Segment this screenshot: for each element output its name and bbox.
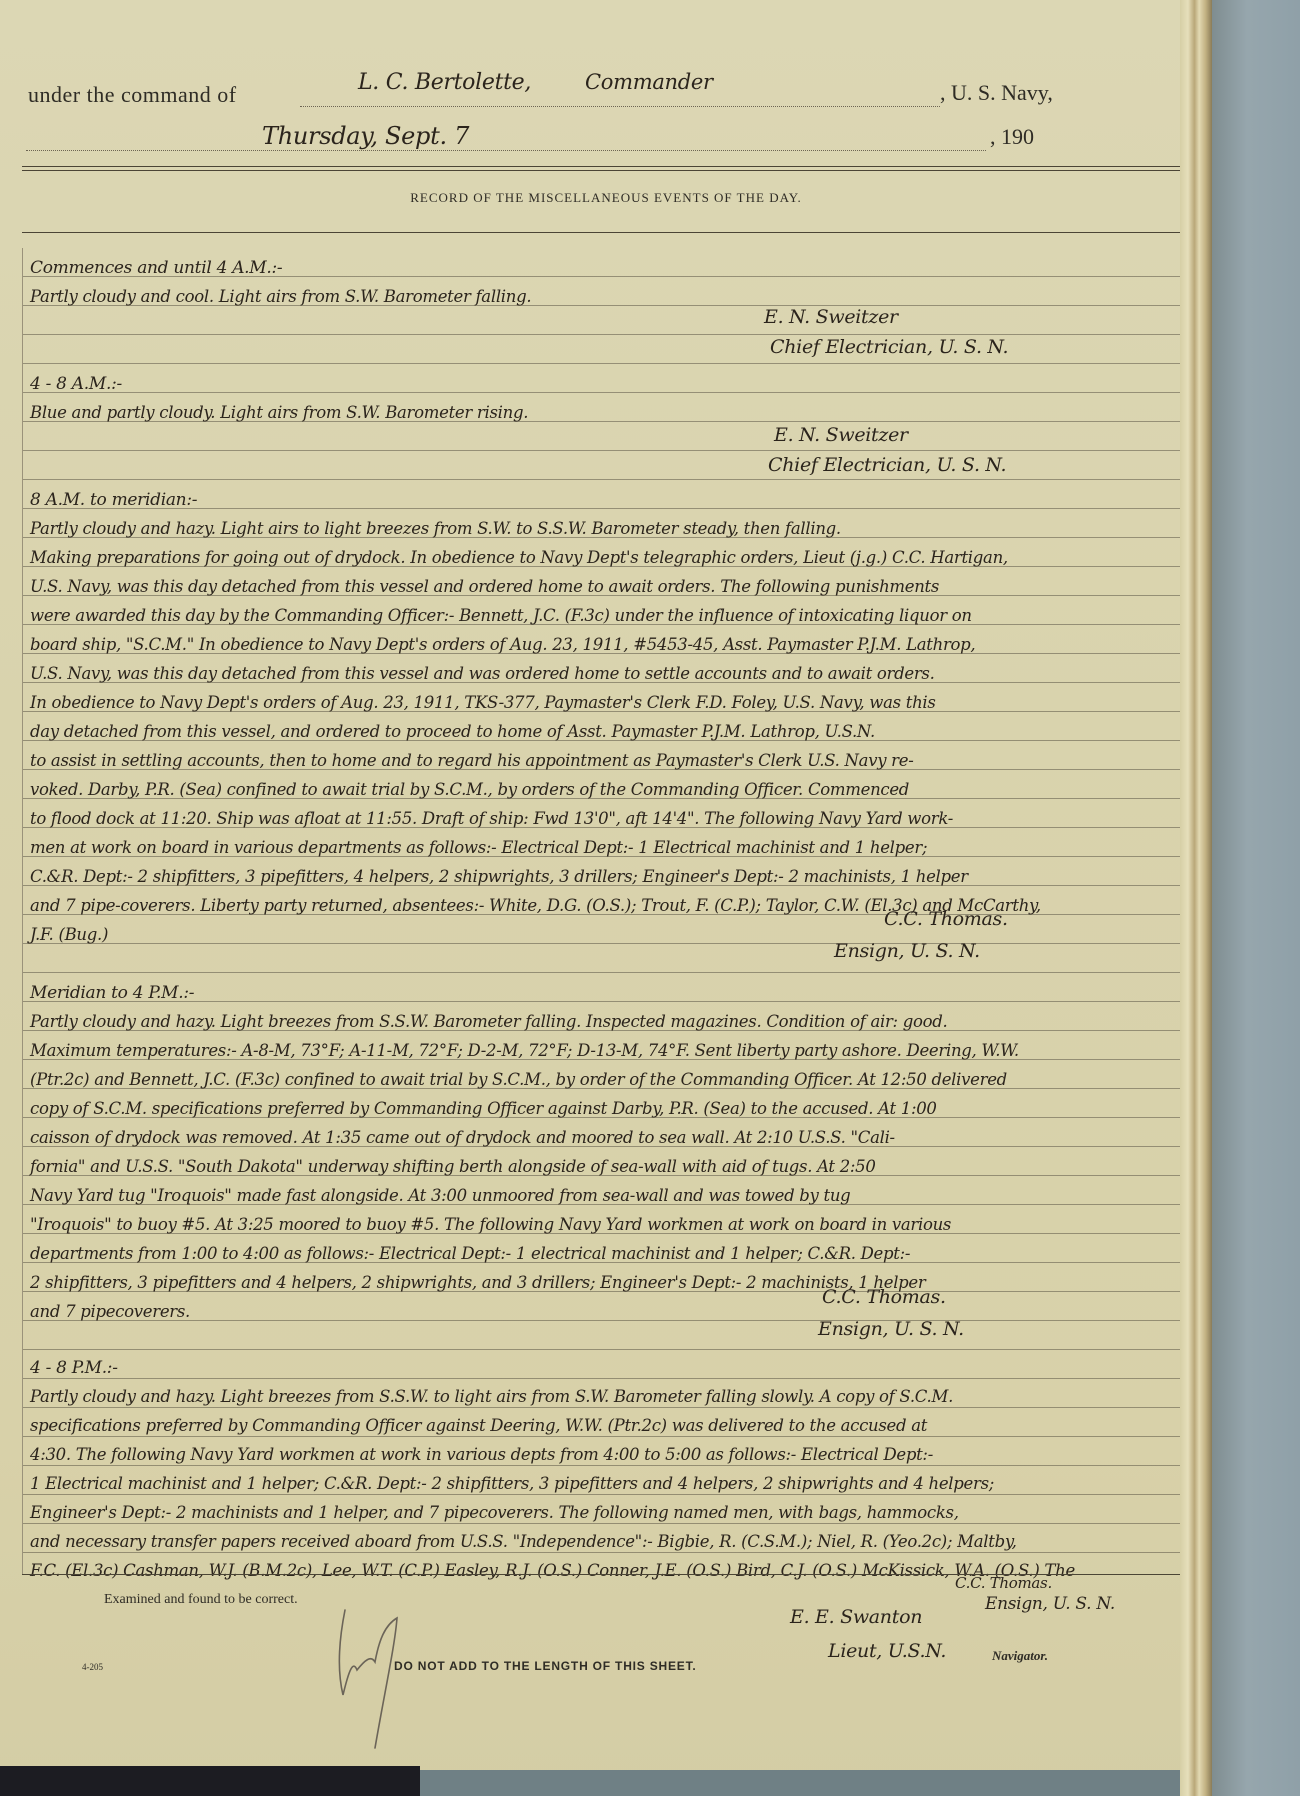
navigator-rank: Lieut, U.S.N.: [828, 1640, 946, 1662]
command-prefix: under the command of: [28, 82, 237, 108]
entry-line: specifications preferred by Commanding O…: [30, 1416, 927, 1435]
navigator-signature: E. E. Swanton: [790, 1606, 922, 1628]
logbook-page: under the command of L. C. Bertolette, C…: [0, 0, 1212, 1796]
entry-line: 2 shipfitters, 3 pipefitters and 4 helpe…: [30, 1273, 926, 1292]
entry-line: U.S. Navy, was this day detached from th…: [30, 577, 939, 596]
entry-line: Making preparations for going out of dry…: [30, 548, 1008, 567]
section-title: RECORD OF THE MISCELLANEOUS EVENTS OF TH…: [0, 190, 1212, 206]
entry-line: departments from 1:00 to 4:00 as follows…: [30, 1244, 910, 1263]
form-number: 4-205: [82, 1662, 103, 1672]
entry-line: Partly cloudy and hazy. Light breezes fr…: [30, 1012, 948, 1031]
signature-name: E. N. Sweitzer: [774, 424, 908, 446]
commander-rank: Commander: [585, 70, 713, 94]
entry-line: 1 Electrical machinist and 1 helper; C.&…: [30, 1474, 994, 1493]
page-edge: [1180, 0, 1212, 1796]
date-fill-line: [26, 150, 986, 151]
year-suffix: , 190: [990, 124, 1034, 150]
entry-line: caisson of drydock was removed. At 1:35 …: [30, 1128, 895, 1147]
entry-line: were awarded this day by the Commanding …: [30, 606, 972, 625]
signature-name: C.C. Thomas.: [822, 1286, 946, 1308]
entry-line: to flood dock at 11:20. Ship was afloat …: [30, 809, 953, 828]
examined-statement: Examined and found to be correct.: [104, 1592, 298, 1608]
entry-line: Navy Yard tug "Iroquois" made fast along…: [30, 1186, 850, 1205]
watch-heading: Commences and until 4 A.M.:-: [30, 258, 282, 278]
scan-background-strip: [420, 1770, 1212, 1796]
entry-line: to assist in settling accounts, then to …: [30, 751, 914, 770]
commander-initials-signature: [335, 1600, 425, 1750]
signature-name: E. N. Sweitzer: [764, 306, 898, 328]
log-date: Thursday, Sept. 7: [262, 122, 469, 150]
entry-line: men at work on board in various departme…: [30, 838, 927, 857]
navigator-title: Navigator.: [992, 1648, 1048, 1664]
watch-heading: 8 A.M. to meridian:-: [30, 490, 197, 510]
entry-line: voked. Darby, P.R. (Sea) confined to awa…: [30, 780, 909, 799]
signature-title: Chief Electrician, U. S. N.: [770, 336, 1008, 358]
entry-line: F.C. (El.3c) Cashman, W.J. (B.M.2c), Lee…: [30, 1561, 1075, 1580]
entry-line: Blue and partly cloudy. Light airs from …: [30, 403, 528, 422]
watch-heading: Meridian to 4 P.M.:-: [30, 983, 194, 1003]
entry-line: and 7 pipecoverers.: [30, 1302, 190, 1321]
header-divider: [22, 166, 1182, 171]
entry-line: board ship, "S.C.M." In obedience to Nav…: [30, 635, 975, 654]
entry-line: day detached from this vessel, and order…: [30, 722, 875, 741]
entry-line: fornia" and U.S.S. "South Dakota" underw…: [30, 1157, 876, 1176]
entry-line: 4:30. The following Navy Yard workmen at…: [30, 1445, 933, 1464]
commander-fill-line: [300, 106, 940, 107]
signature-title: Ensign, U. S. N.: [985, 1594, 1115, 1614]
watch-heading: 4 - 8 P.M.:-: [30, 1358, 118, 1378]
watch-heading: 4 - 8 A.M.:-: [30, 374, 122, 394]
entry-line: Engineer's Dept:- 2 machinists and 1 hel…: [30, 1503, 959, 1522]
entry-line: Partly cloudy and hazy. Light airs to li…: [30, 519, 841, 538]
entry-line: and necessary transfer papers received a…: [30, 1532, 1017, 1551]
commander-name: L. C. Bertolette,: [358, 70, 531, 95]
entry-line: U.S. Navy, was this day detached from th…: [30, 664, 935, 683]
length-notice: DO NOT ADD TO THE LENGTH OF THIS SHEET.: [394, 1659, 697, 1673]
entry-line: C.&R. Dept:- 2 shipfitters, 3 pipefitter…: [30, 867, 968, 886]
signature-name: C.C. Thomas.: [955, 1574, 1052, 1592]
section-divider: [22, 232, 1182, 233]
entry-line: Partly cloudy and hazy. Light breezes fr…: [30, 1387, 953, 1406]
signature-title: Ensign, U. S. N.: [818, 1318, 964, 1340]
signature-name: C.C. Thomas.: [884, 908, 1008, 930]
entry-line: In obedience to Navy Dept's orders of Au…: [30, 693, 936, 712]
service-suffix: , U. S. Navy,: [940, 80, 1053, 106]
entry-line: "Iroquois" to buoy #5. At 3:25 moored to…: [30, 1215, 951, 1234]
signature-title: Ensign, U. S. N.: [834, 940, 980, 962]
entry-line: (Ptr.2c) and Bennett, J.C. (F.3c) confin…: [30, 1070, 1007, 1089]
background-right: [1212, 0, 1300, 1796]
entry-line: copy of S.C.M. specifications preferred …: [30, 1099, 937, 1118]
entry-line: Partly cloudy and cool. Light airs from …: [30, 287, 531, 306]
entry-line: J.F. (Bug.): [30, 925, 108, 944]
signature-title: Chief Electrician, U. S. N.: [768, 454, 1006, 476]
scan-shadow: [0, 1766, 420, 1796]
entry-line: Maximum temperatures:- A-8-M, 73°F; A-11…: [30, 1041, 1019, 1060]
